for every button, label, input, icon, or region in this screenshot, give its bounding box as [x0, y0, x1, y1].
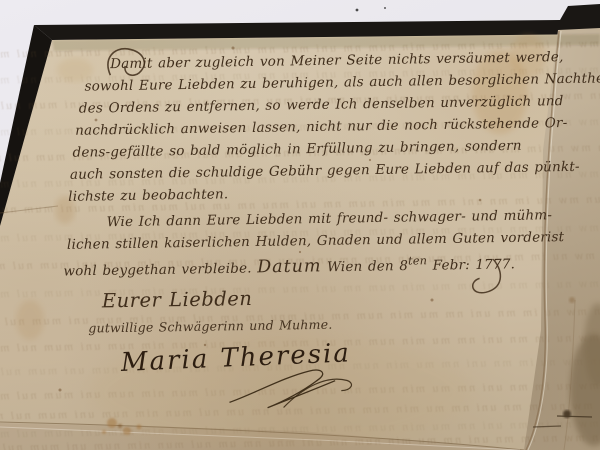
photograph-of-manuscript: nm un mw nu im mn uni nm mu min num nm u… [0, 0, 600, 450]
date-flourish [463, 257, 514, 300]
valediction-subscription: gutwillige Schwägerinn und Muhme. [88, 309, 572, 339]
datum-word: Datum [257, 256, 322, 277]
date-text: Wien den 8 [321, 258, 408, 275]
date-superscript: ten [408, 254, 427, 267]
initial-letter-flourish [102, 44, 159, 83]
datum-line-pre: wohl beygethan verbleibe. [63, 260, 257, 279]
signature-paraph [223, 366, 364, 412]
letter-body: Damit aber zugleich von Meiner Seite nic… [58, 46, 574, 419]
